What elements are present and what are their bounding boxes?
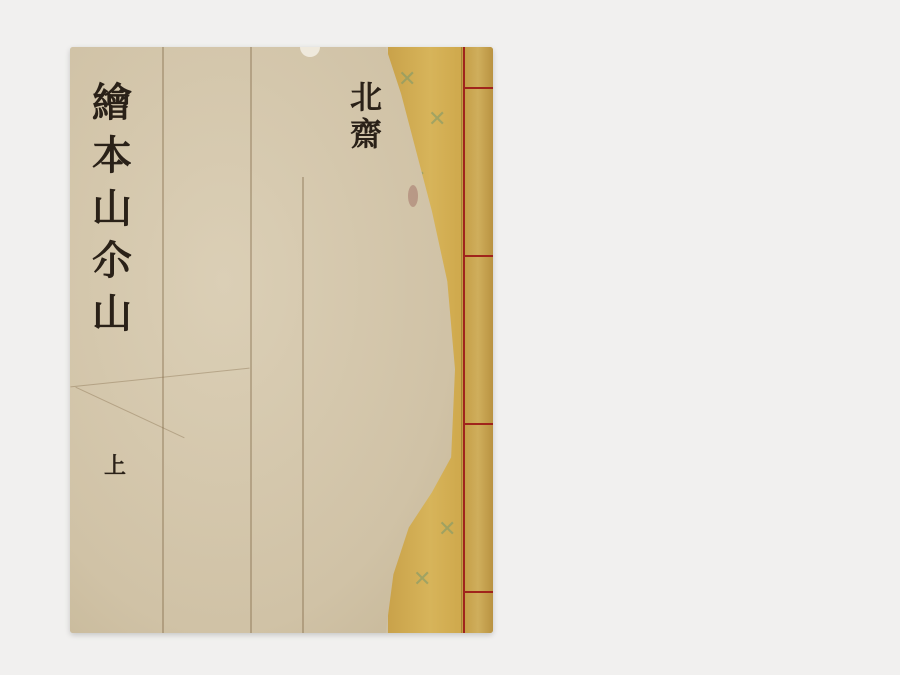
volume-mark: 上 (104, 449, 126, 480)
pattern-motif: ✕ (428, 107, 446, 132)
crease (250, 47, 252, 633)
author-label: 北 齋 (342, 79, 390, 153)
title-char: 繪 (92, 77, 132, 130)
author-char: 北 (350, 79, 382, 116)
binding-spine (461, 47, 493, 633)
author-char: 齋 (350, 116, 382, 153)
binding-thread (463, 47, 465, 633)
title-char: 山 (92, 183, 132, 236)
title-label: 繪 本 山 尒 山 (82, 77, 142, 341)
pattern-motif: ✕ (413, 567, 431, 592)
stain (408, 185, 418, 207)
binding-stitch (463, 87, 493, 89)
crease (162, 47, 164, 633)
title-char: 本 (92, 130, 132, 183)
book-cover: ✕ ✕ ✕ ✕ ✕ 繪 本 山 尒 山 北 齋 上 (70, 47, 493, 633)
crease (302, 177, 304, 633)
pattern-motif: ✕ (438, 517, 456, 542)
binding-stitch (463, 591, 493, 593)
binding-stitch (463, 255, 493, 257)
title-char: 尒 (92, 235, 132, 288)
title-char: 山 (92, 288, 132, 341)
pattern-motif: ✕ (398, 67, 416, 92)
binding-stitch (463, 423, 493, 425)
